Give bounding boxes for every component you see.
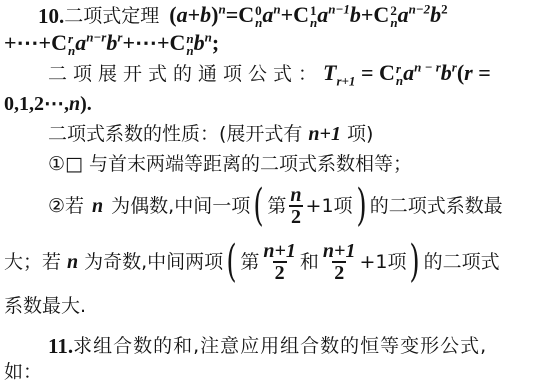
binomial-theorem-formula: (a+b)n=C0nan+C1nan−1b+C2nan−2b2	[169, 3, 447, 29]
section11-continuation: 如：	[4, 360, 42, 384]
general-term-range-line: 0,1,2⋯,n).	[4, 92, 92, 116]
odd-result: 的二项式	[424, 250, 500, 274]
odd-frac1-num: n+1	[261, 241, 298, 261]
properties-heading-var: n+1	[308, 122, 341, 146]
odd-fraction-2: n+1 2	[321, 241, 358, 283]
right-paren: )	[356, 184, 366, 228]
general-term-line: 二项展开式的通项公式： Tr+1 = Crnan − rbr(r =	[48, 62, 491, 86]
even-term-prefix: 第	[267, 194, 286, 218]
property-2-line2: 大；若 n 为奇数,中间两项 ( 第 n+1 2 和 n+1 2 +1项 ) 的…	[4, 240, 500, 284]
property-2-var-2: n	[67, 250, 78, 274]
properties-heading: 二项式系数的性质：(展开式有 n+1 项)	[48, 122, 373, 146]
left-paren: (	[254, 184, 264, 228]
section11-text: 求组合数的和,注意应用组合数的恒等变形公式,	[73, 334, 487, 358]
even-fraction: n 2	[288, 185, 303, 227]
odd-fraction-1: n+1 2	[261, 241, 298, 283]
odd-frac1-den: 2	[273, 261, 287, 283]
odd-frac2-den: 2	[332, 261, 346, 283]
odd-and: 和	[300, 250, 319, 274]
property-2-var: n	[92, 194, 103, 218]
odd-term-suffix: +1项	[359, 250, 406, 274]
odd-term-prefix: 第	[240, 250, 259, 274]
even-frac-den: 2	[289, 205, 303, 227]
section10-title: 二项式定理	[64, 4, 159, 28]
section10-number: 10.	[38, 4, 64, 28]
property-2-odd-text: 为奇数,中间两项	[84, 250, 223, 274]
section11-line2: 如：	[4, 360, 42, 384]
section10-line1: 10. 二项式定理 (a+b)n=C0nan+C1nan−1b+C2nan−2b…	[38, 4, 448, 28]
left-paren-2: (	[227, 240, 237, 284]
right-paren-2: )	[410, 240, 420, 284]
property-2-line3-text: 系数最大.	[4, 294, 86, 318]
general-term-label: 二项展开式的通项公式：	[48, 62, 323, 86]
binomial-theorem-formula-cont: +⋯+Crnan−rbr+⋯+Cnnbn;	[4, 31, 219, 57]
property-2-line1: ②若 n 为偶数,中间一项 ( 第 n 2 +1项 ) 的二项式系数最	[48, 186, 503, 226]
properties-heading-text: 二项式系数的性质：(展开式有	[48, 122, 302, 146]
even-frac-num: n	[288, 185, 303, 205]
property-1: ①□ 与首末两端等距离的二项式系数相等；	[48, 152, 412, 176]
property-2-line2-start: 大；若	[4, 250, 61, 274]
general-term-range: 0,1,2⋯,n).	[4, 92, 92, 116]
property-2-even-text: 为偶数,中间一项	[111, 194, 250, 218]
properties-heading-end: 项)	[347, 122, 373, 146]
property-1-text: ①□ 与首末两端等距离的二项式系数相等；	[48, 152, 412, 176]
section11-line1: 11. 求组合数的和,注意应用组合数的恒等变形公式,	[48, 334, 487, 358]
property-2-prefix: ②若	[48, 194, 84, 218]
general-term-formula: Tr+1 = Crnan − rbr(r =	[323, 61, 491, 87]
odd-frac2-num: n+1	[321, 241, 358, 261]
even-term-suffix: +1项	[306, 194, 353, 218]
even-result: 的二项式系数最	[370, 194, 503, 218]
property-2-line3: 系数最大.	[4, 294, 86, 318]
section11-number: 11.	[48, 334, 73, 358]
section10-line2: +⋯+Crnan−rbr+⋯+Cnnbn;	[4, 32, 219, 56]
